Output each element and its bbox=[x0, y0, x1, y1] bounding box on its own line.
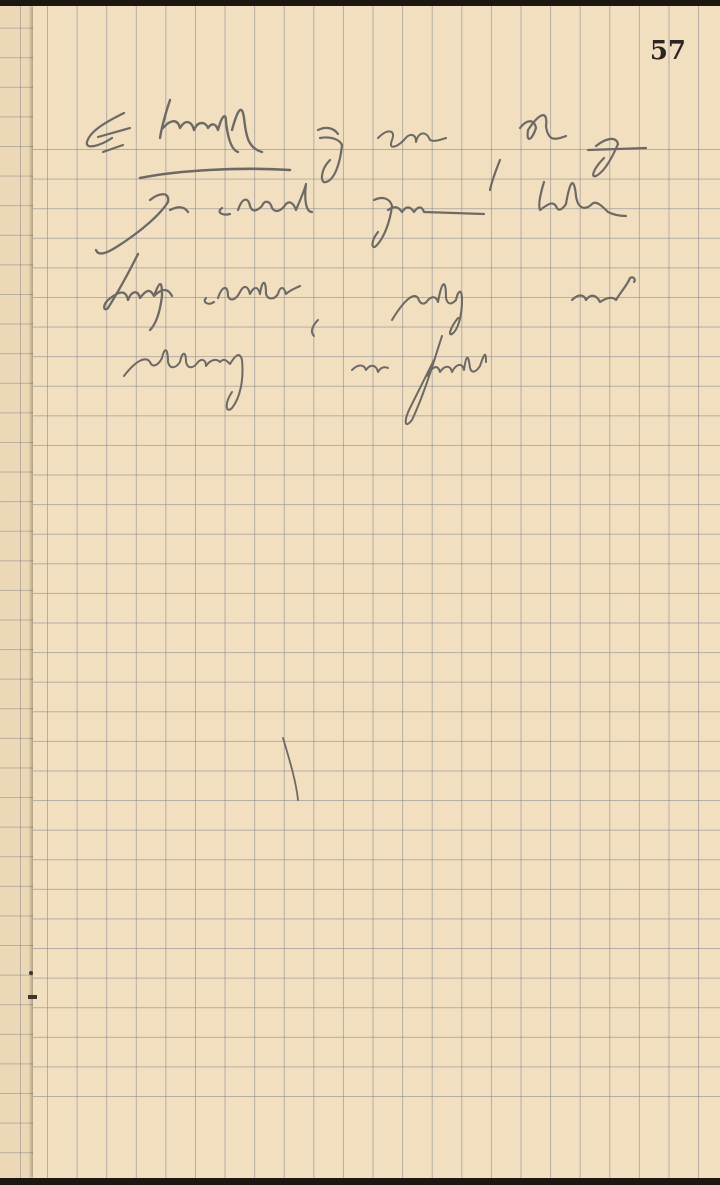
handwritten-line-4 bbox=[124, 336, 486, 424]
binding-mark bbox=[28, 995, 37, 999]
binding-mark bbox=[29, 971, 33, 975]
pencil-shorthand-strokes bbox=[0, 0, 720, 1185]
handwritten-line-1 bbox=[87, 100, 646, 182]
handwritten-line-3 bbox=[104, 254, 635, 336]
handwritten-line-2 bbox=[96, 160, 626, 253]
stray-pencil-mark bbox=[283, 738, 298, 800]
